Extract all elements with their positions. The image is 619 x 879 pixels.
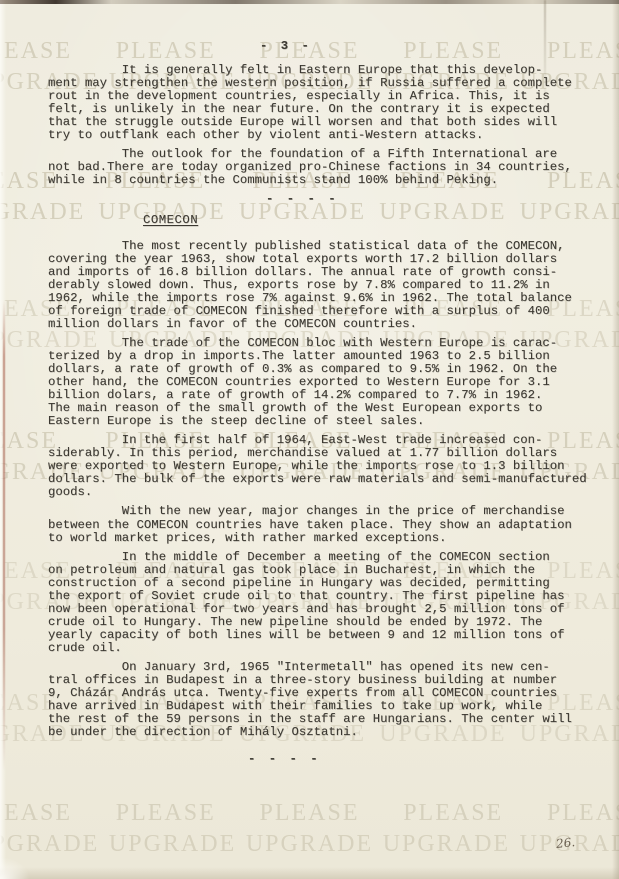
scan-bottom-edge [0, 867, 619, 879]
watermark-word: PLEASE [259, 800, 359, 827]
scan-right-edge [612, 0, 619, 879]
scan-bottom-left-corner [0, 857, 30, 879]
paragraph-east-west-trade-1964: In the first half of 1964, East-West tra… [48, 434, 600, 499]
watermark-word: PLEASE [0, 800, 72, 827]
watermark-word: PLEASE [403, 800, 503, 827]
scan-top-edge [0, 0, 619, 4]
typed-text-block: - 3 - It is generally felt in Eastern Eu… [48, 40, 600, 766]
handwritten-page-number: 26. [555, 835, 575, 851]
end-separator: - - - - [248, 753, 600, 766]
paragraph-pipeline-meeting: In the middle of December a meeting of t… [48, 551, 600, 655]
scan-left-red-line [3, 300, 5, 770]
paragraph-price-changes: With the new year, major changes in the … [48, 505, 600, 544]
scanned-document-page: PLEASEPLEASEPLEASEPLEASEPLEASEUPGRADEUPG… [0, 0, 619, 879]
watermark-word: UPGRADE [383, 831, 510, 858]
paragraph-fifth-international: The outlook for the foundation of a Fift… [48, 148, 600, 187]
watermark-word: UPGRADE [0, 831, 99, 858]
section-separator: - - - - [266, 193, 600, 206]
paper-crease [544, 0, 546, 112]
watermark-row: UPGRADEUPGRADEUPGRADEUPGRADEUPGRADE [0, 831, 619, 858]
paragraph-comecon-trade-western-europe: The trade of the COMECON bloc with Weste… [48, 337, 600, 428]
paragraph-comecon-statistics: The most recently published statistical … [48, 240, 600, 331]
watermark-word: UPGRADE [109, 831, 236, 858]
watermark-row: PLEASEPLEASEPLEASEPLEASEPLEASE [0, 800, 619, 827]
paragraph-eastern-europe: It is generally felt in Eastern Europe t… [48, 64, 600, 142]
watermark-word: PLEASE [116, 800, 216, 827]
watermark-word: PLEASE [547, 800, 619, 827]
watermark-word: UPGRADE [246, 831, 373, 858]
section-heading-comecon: COMECON [143, 214, 600, 227]
page-number: - 3 - [260, 40, 600, 53]
paragraph-intermetall: On January 3rd, 1965 "Intermetall" has o… [48, 661, 600, 739]
